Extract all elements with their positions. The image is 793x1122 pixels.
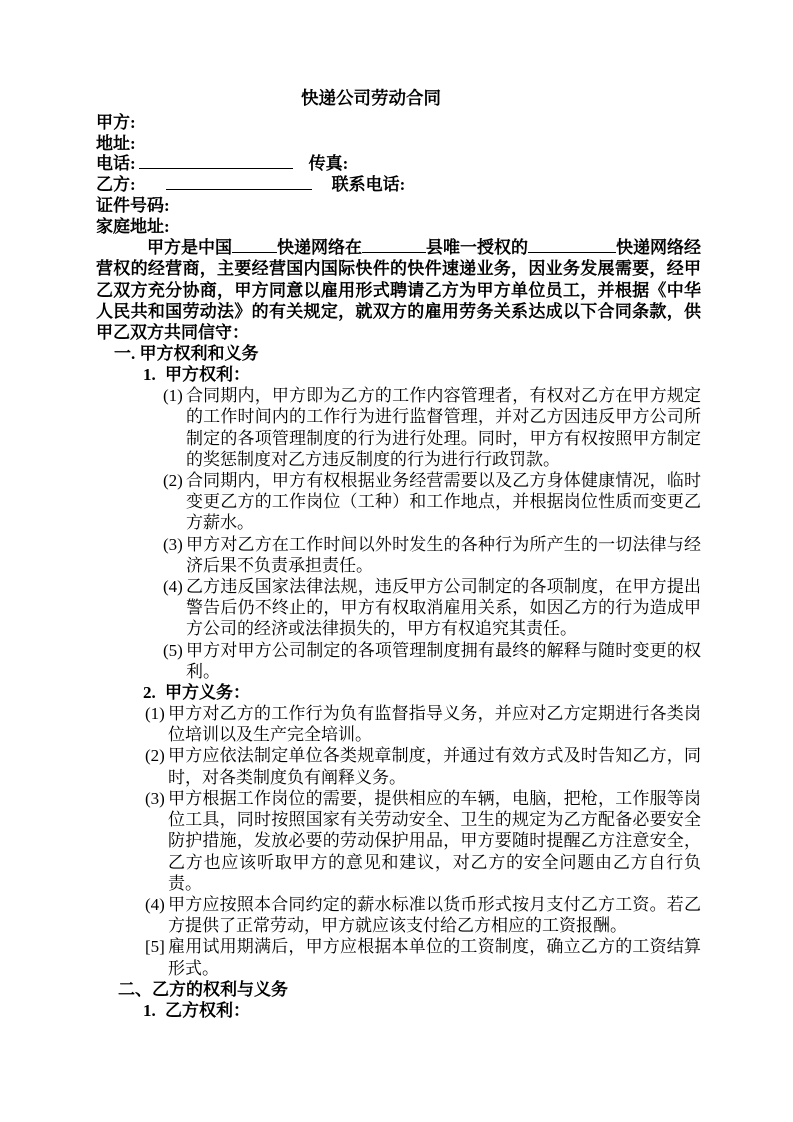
section1-sub1-label: 甲方权利： bbox=[165, 364, 250, 385]
list-item-number: (4) bbox=[163, 576, 186, 640]
list-item: (3) 甲方根据工作岗位的需要，提供相应的车辆，电脑，把枪，工作服等岗位工具，同… bbox=[145, 788, 701, 894]
list-item-number: [5] bbox=[145, 936, 168, 978]
section1-sub1-heading: 1. 甲方权利： bbox=[143, 364, 701, 385]
intro-seg3: 县唯一授权的 bbox=[426, 238, 528, 257]
list-item-text: 甲方对乙方在工作时间以外时发生的各种行为所产生的一切法律与经济后果不负责承担责任… bbox=[186, 534, 701, 576]
intro-seg1: 甲方是中国 bbox=[147, 238, 232, 257]
list-item-text: 合同期内，甲方即为乙方的工作内容管理者，有权对乙方在甲方规定的工作时间内的工作行… bbox=[186, 385, 701, 470]
list-item: (5) 甲方对甲方公司制定的各项管理制度拥有最终的解释与随时变更的权利。 bbox=[163, 640, 701, 682]
list-item: (2) 甲方应依法制定单位各类规章制度，并通过有效方式及时告知乙方，同时，对各类… bbox=[145, 745, 701, 787]
phone-blank-field bbox=[139, 154, 293, 169]
party-a-obligations-list: (1) 甲方对乙方的工作行为负有监督指导义务，并应对乙方定期进行各类岗位培训以及… bbox=[96, 703, 701, 979]
contract-title: 快递公司劳动合同 bbox=[96, 87, 646, 110]
list-item-number: (1) bbox=[145, 703, 168, 745]
list-item-text: 甲方根据工作岗位的需要，提供相应的车辆，电脑，把枪，工作服等岗位工具，同时按照国… bbox=[168, 788, 701, 894]
intro-blank-1 bbox=[232, 238, 277, 253]
list-item-text: 甲方对乙方的工作行为负有监督指导义务，并应对乙方定期进行各类岗位培训以及生产完全… bbox=[168, 703, 701, 745]
list-item-number: (4) bbox=[145, 894, 168, 936]
list-item-number: (3) bbox=[145, 788, 168, 894]
phone-label: 电话: bbox=[96, 154, 136, 173]
home-address-label: 家庭地址: bbox=[96, 217, 170, 236]
home-address-line: 家庭地址: bbox=[96, 217, 701, 238]
address-label: 地址: bbox=[96, 134, 136, 153]
list-item-text: 乙方违反国家法律法规，违反甲方公司制定的各项制度，在甲方提出警告后仍不终止的，甲… bbox=[186, 576, 701, 640]
section2-sub1-heading: 1. 乙方权利： bbox=[143, 1000, 701, 1021]
intro-blank-3 bbox=[528, 238, 616, 253]
party-a-label: 甲方: bbox=[96, 113, 136, 132]
party-a-line: 甲方: bbox=[96, 113, 701, 134]
intro-paragraph: 甲方是中国快递网络在县唯一授权的快递网络经营权的经营商，主要经营国内国际快件的快… bbox=[96, 237, 701, 343]
section1-sub1-number: 1. bbox=[143, 364, 165, 385]
id-number-label: 证件号码: bbox=[96, 196, 170, 215]
intro-blank-2 bbox=[362, 238, 426, 253]
party-b-label: 乙方: bbox=[96, 175, 136, 194]
list-item: (3) 甲方对乙方在工作时间以外时发生的各种行为所产生的一切法律与经济后果不负责… bbox=[163, 534, 701, 576]
address-line: 地址: bbox=[96, 134, 701, 155]
list-item-number: (3) bbox=[163, 534, 186, 576]
contract-document-page: 快递公司劳动合同 甲方: 地址: 电话:传真: 乙方:联系电话: 证件号码: 家… bbox=[0, 0, 793, 1122]
list-item: (1) 甲方对乙方的工作行为负有监督指导义务，并应对乙方定期进行各类岗位培训以及… bbox=[145, 703, 701, 745]
section1-sub2-heading: 2. 甲方义务： bbox=[143, 682, 701, 703]
list-item-text: 甲方应依法制定单位各类规章制度，并通过有效方式及时告知乙方，同时，对各类制度负有… bbox=[168, 745, 701, 787]
id-number-line: 证件号码: bbox=[96, 196, 701, 217]
list-item: (4) 乙方违反国家法律法规，违反甲方公司制定的各项制度，在甲方提出警告后仍不终… bbox=[163, 576, 701, 640]
phone-fax-line: 电话:传真: bbox=[96, 154, 701, 175]
list-item-number: (5) bbox=[163, 640, 186, 682]
list-item-text: 雇用试用期满后，甲方应根据本单位的工资制度，确立乙方的工资结算形式。 bbox=[168, 936, 701, 978]
party-b-blank-field bbox=[166, 175, 312, 190]
list-item-text: 合同期内，甲方有权根据业务经营需要以及乙方身体健康情况，临时变更乙方的工作岗位（… bbox=[186, 470, 701, 534]
section2-sub1-number: 1. bbox=[143, 1000, 165, 1021]
contact-phone-label: 联系电话: bbox=[332, 175, 406, 194]
intro-seg2: 快递网络在 bbox=[277, 238, 362, 257]
party-b-line: 乙方:联系电话: bbox=[96, 175, 701, 196]
section1-heading: 一. 甲方权利和义务 bbox=[114, 343, 701, 364]
list-item: (1) 合同期内，甲方即为乙方的工作内容管理者，有权对乙方在甲方规定的工作时间内… bbox=[163, 385, 701, 470]
section2-heading: 二、乙方的权利与义务 bbox=[118, 979, 701, 1000]
list-item-text: 甲方应按照本合同约定的薪水标准以货币形式按月支付乙方工资。若乙方提供了正常劳动，… bbox=[168, 894, 701, 936]
section2-sub1-label: 乙方权利： bbox=[165, 1000, 250, 1021]
fax-label: 传真: bbox=[309, 154, 349, 173]
list-item-text: 甲方对甲方公司制定的各项管理制度拥有最终的解释与随时变更的权利。 bbox=[186, 640, 701, 682]
list-item: (2) 合同期内，甲方有权根据业务经营需要以及乙方身体健康情况，临时变更乙方的工… bbox=[163, 470, 701, 534]
section1-sub2-label: 甲方义务： bbox=[165, 682, 250, 703]
list-item-number: (1) bbox=[163, 385, 186, 470]
list-item: (4) 甲方应按照本合同约定的薪水标准以货币形式按月支付乙方工资。若乙方提供了正… bbox=[145, 894, 701, 936]
section1-sub2-number: 2. bbox=[143, 682, 165, 703]
list-item-number: (2) bbox=[163, 470, 186, 534]
party-a-rights-list: (1) 合同期内，甲方即为乙方的工作内容管理者，有权对乙方在甲方规定的工作时间内… bbox=[96, 385, 701, 682]
list-item-number: (2) bbox=[145, 745, 168, 787]
list-item: [5] 雇用试用期满后，甲方应根据本单位的工资制度，确立乙方的工资结算形式。 bbox=[145, 936, 701, 978]
